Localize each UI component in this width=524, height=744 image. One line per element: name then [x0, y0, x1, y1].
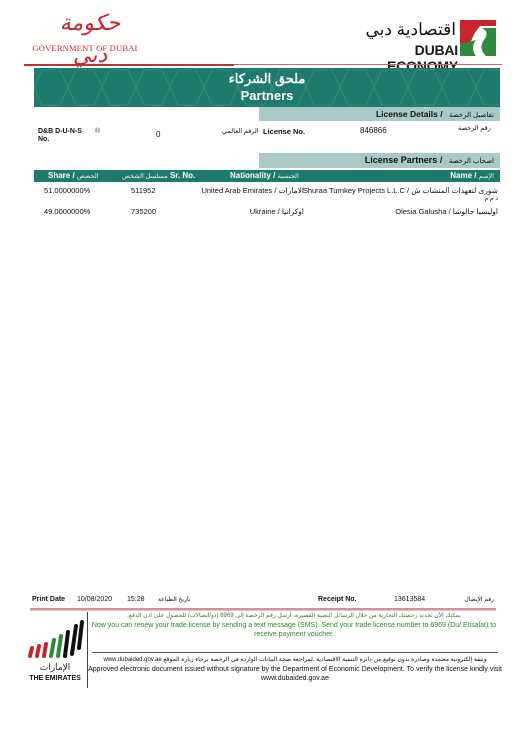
license-no-value: 846866 [360, 126, 387, 135]
footer-horizontal-divider [92, 652, 498, 653]
verify-notice-arabic: وثيقة إلكترونية معتمدة وصادرة بدون توقيع… [88, 656, 502, 665]
col-sr-no: مسلسل الشخص Sr. No. [122, 170, 195, 183]
col-name: Name / الإسم [450, 170, 494, 183]
table-row: 51.0000000% 511952 United Arab Emirates … [34, 186, 500, 206]
verify-notice-english: Approved electronic document issued with… [88, 665, 502, 683]
sms-renewal-notice: يمكنك الآن تجديد رخصتك التجارية من خلال … [88, 612, 500, 639]
dubai-economy-mark-icon [460, 18, 496, 58]
print-date-label: Print Date [32, 596, 65, 603]
footer-divider-thin [30, 610, 496, 611]
col-nationality: Nationality / الجنسية [230, 170, 299, 183]
banner-title-english: Partners [34, 88, 500, 103]
section-title: License Details [376, 109, 438, 119]
duns-label-arabic: الرقم العالمي [222, 127, 259, 135]
de-logo-arabic: اقتصادية دبي [348, 20, 456, 40]
name-cell: Olesia Galusha / اوليسيا جالوشا [395, 207, 498, 216]
duns-label: D&B D-U-N-S No. [38, 128, 88, 144]
header-divider-thin [234, 64, 502, 65]
name-cell-line2: ذ م م [485, 195, 498, 202]
the-emirates-logo: الإمارات THE EMIRATES [26, 618, 84, 686]
print-info-row: Print Date 10/08/2020 15:28 تاريخ الطباع… [32, 596, 500, 606]
section-title-arabic: اصحاب الرخصة [449, 158, 494, 165]
duns-value: 0 [156, 130, 160, 139]
verification-notice: وثيقة إلكترونية معتمدة وصادرة بدون توقيع… [88, 656, 502, 683]
sr-no-cell: 735200 [131, 207, 156, 216]
col-share: Share / الحصص [48, 170, 99, 183]
license-no-label-arabic: رقم الرخصة [458, 124, 491, 132]
emirates-logo-arabic: الإمارات [26, 662, 84, 673]
print-date-value: 10/08/2020 [77, 596, 112, 603]
registered-symbol: ® [95, 128, 100, 135]
partners-table-header: Share / الحصص مسلسل الشخص Sr. No. Nation… [34, 170, 500, 182]
section-title: License Partners [365, 155, 438, 165]
government-of-dubai-logo: حكومة دبي GOVERNMENT OF DUBAI [30, 8, 140, 58]
print-time-value: 15:28 [127, 596, 145, 603]
name-cell: Shuraa Turnkey Projects L.L.C / شورى لتع… [303, 186, 498, 195]
gov-logo-arabic: حكومة دبي [40, 8, 140, 72]
emirates-stripes-icon [26, 618, 84, 662]
receipt-value: 13613584 [394, 596, 425, 603]
dubai-economy-logo: اقتصادية دبي DUBAI ECONOMY [340, 18, 500, 62]
share-cell: 51.0000000% [44, 186, 90, 195]
table-row: 49.0000000% 735200 Ukraine / اوكرانيا Ol… [34, 207, 500, 217]
gov-logo-english: GOVERNMENT OF DUBAI [30, 43, 140, 53]
nationality-cell: United Arab Emirates / الامارات [201, 186, 304, 195]
sms-notice-english: Now you can renew your trade license by … [88, 621, 500, 639]
license-no-label: License No. [263, 127, 305, 136]
section-title-arabic: تفاصيل الرخصة [449, 112, 494, 119]
banner-title-arabic: ملحق الشركاء [34, 71, 500, 87]
nationality-cell: Ukraine / اوكرانيا [250, 207, 304, 216]
header-divider [24, 64, 234, 66]
receipt-label: Receipt No. [318, 596, 357, 603]
license-partners-header: License Partners / اصحاب الرخصة [259, 153, 500, 168]
sr-no-cell: 511952 [131, 186, 155, 195]
license-details-header: License Details / تفاصيل الرخصة [259, 107, 500, 121]
print-date-label-arabic: تاريخ الطباعة [158, 596, 190, 603]
sms-notice-arabic: يمكنك الآن تجديد رخصتك التجارية من خلال … [88, 612, 500, 621]
share-cell: 49.0000000% [44, 207, 90, 216]
title-banner: ملحق الشركاء Partners [34, 68, 500, 107]
emirates-logo-english: THE EMIRATES [26, 675, 84, 682]
receipt-label-arabic: رقم الإيصال [464, 596, 494, 603]
